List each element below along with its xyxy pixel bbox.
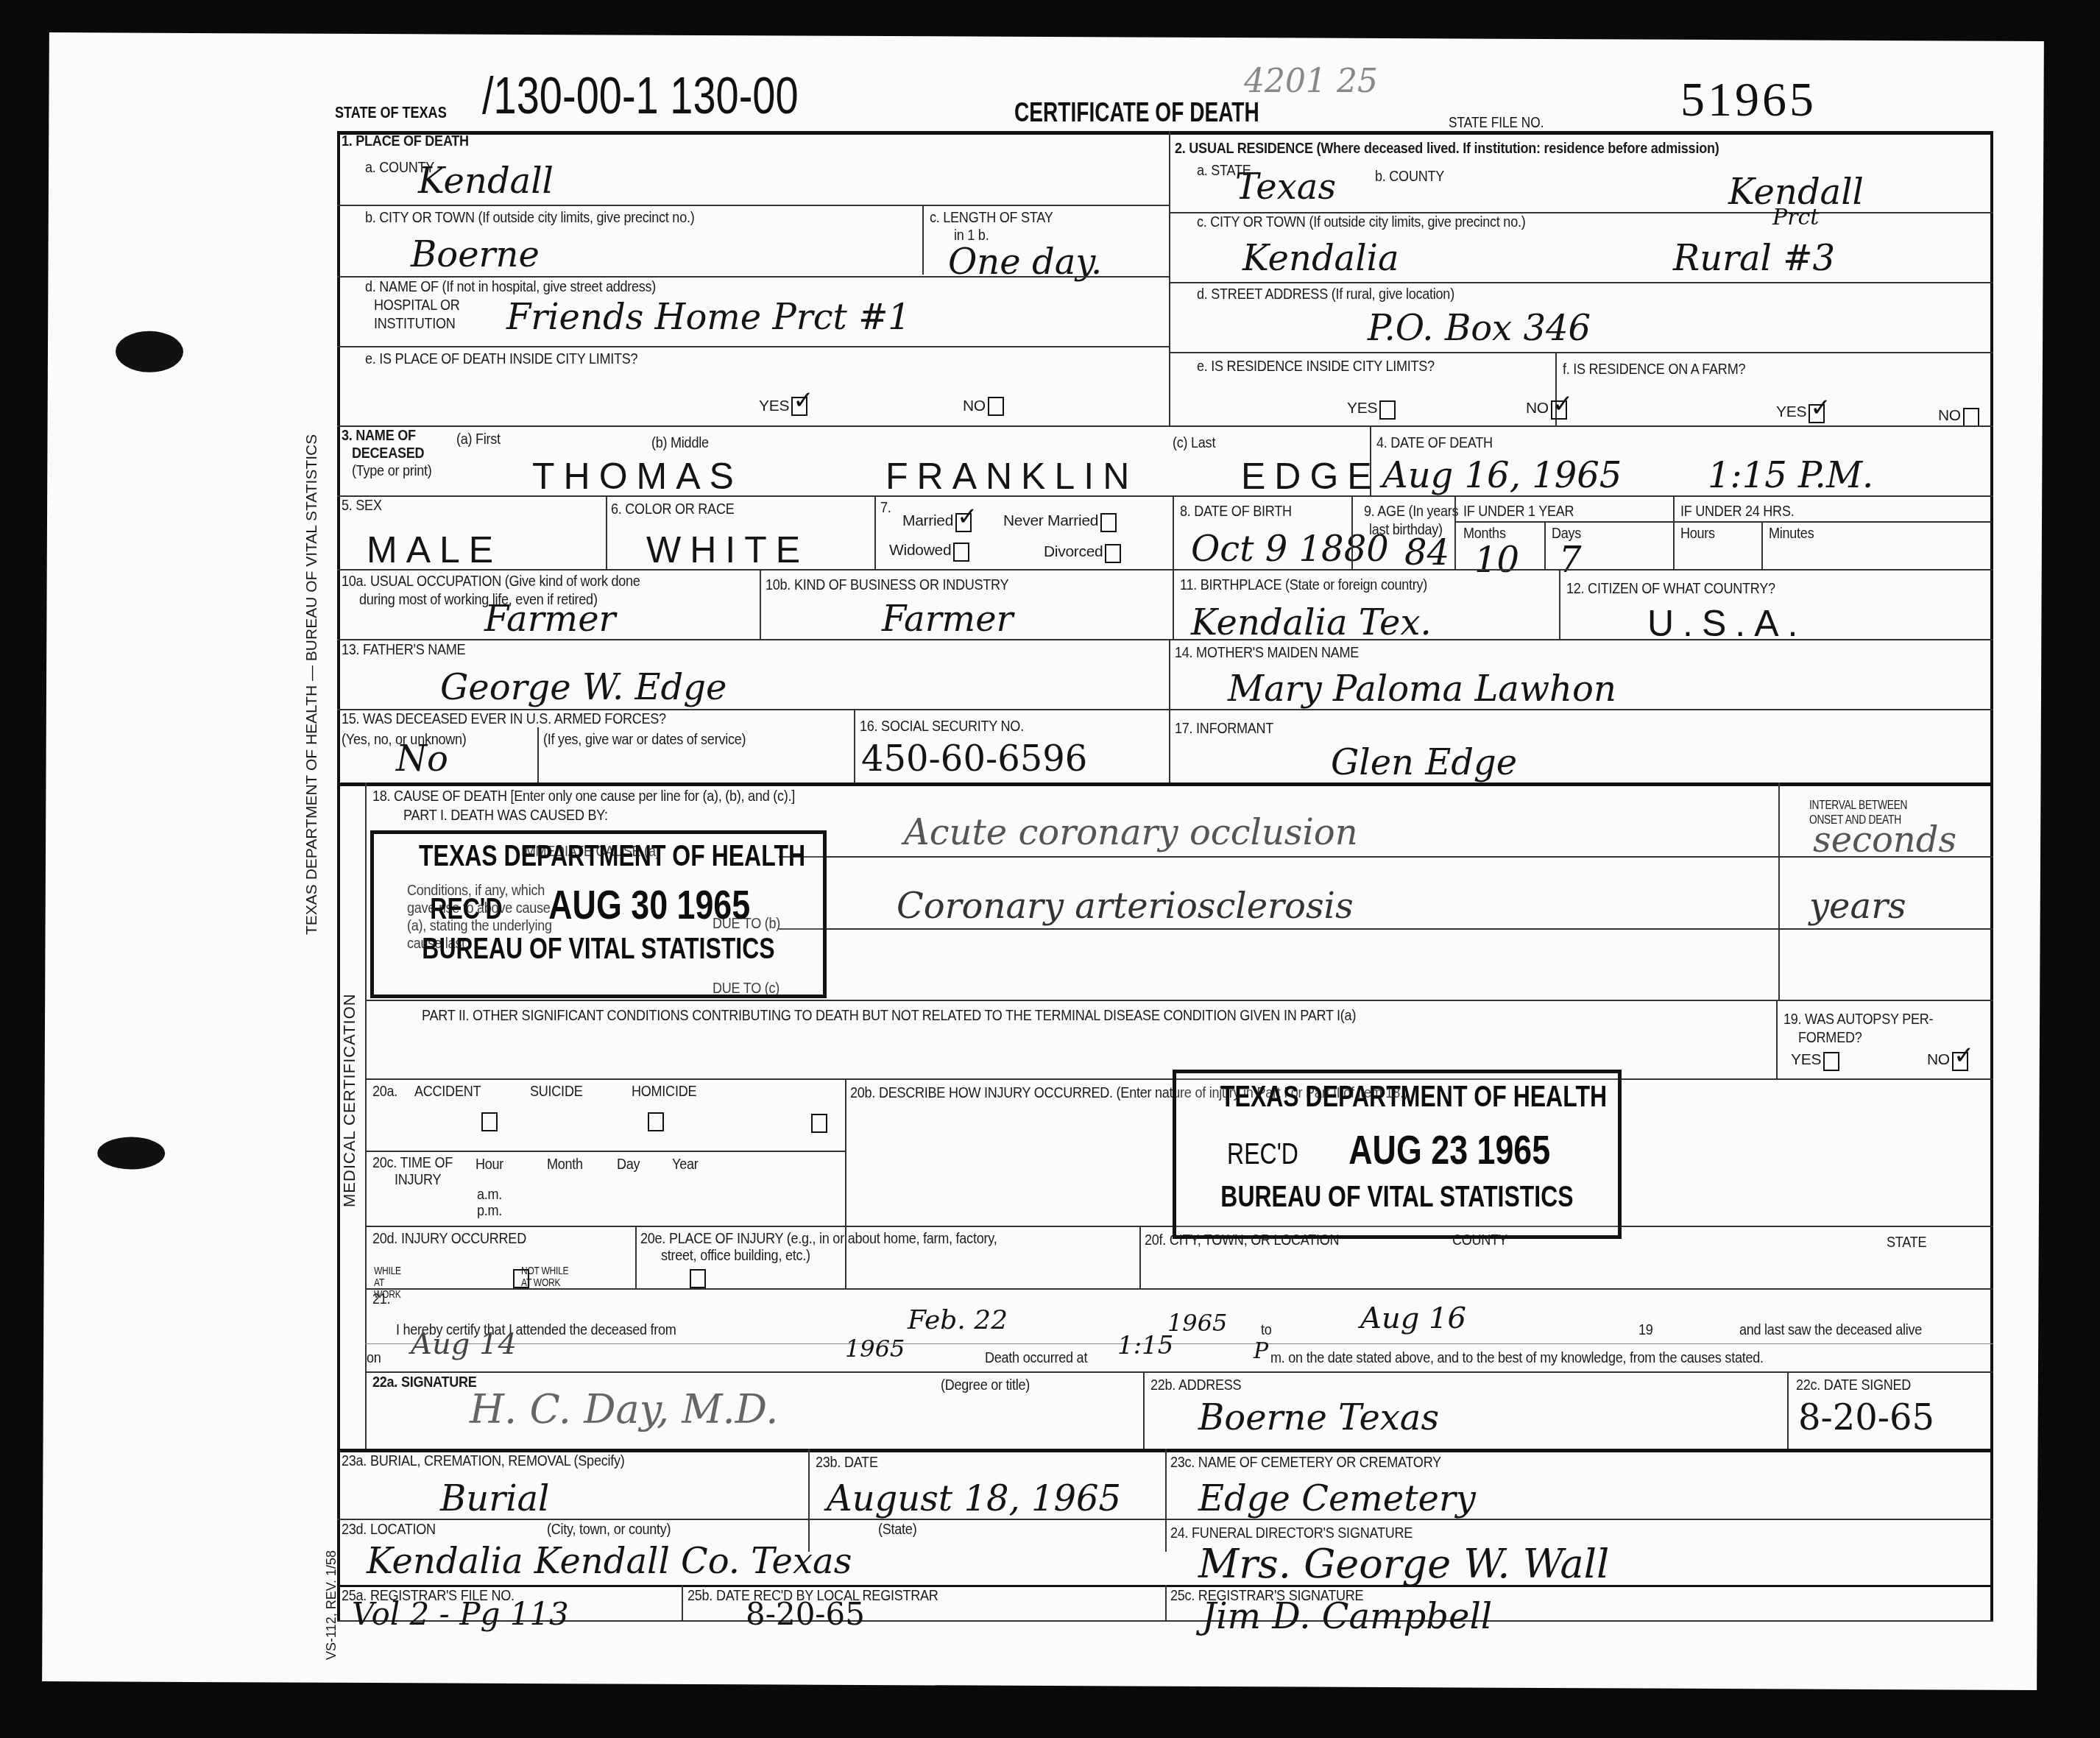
birthplace-label: 11. BIRTHPLACE (State or foreign country… xyxy=(1180,576,1427,594)
res-farm-label: f. IS RESIDENCE ON A FARM? xyxy=(1563,361,1745,378)
date-signed-label: 22c. DATE SIGNED xyxy=(1796,1377,1911,1394)
rule xyxy=(1370,425,1371,495)
divorced-label: Divorced xyxy=(1044,543,1103,560)
never-married-label: Never Married xyxy=(1003,512,1098,529)
res-street-value: P.O. Box 346 xyxy=(1368,308,1591,349)
last-saw-text: and last saw the deceased alive xyxy=(1739,1321,1922,1339)
death-occurred-label: Death occurred at xyxy=(985,1349,1087,1367)
top-rule xyxy=(337,131,1993,135)
age-label: 9. AGE (In years xyxy=(1364,503,1458,520)
time-of-injury-label-2: INJURY xyxy=(395,1171,441,1189)
received-stamp-aug-30: TEXAS DEPARTMENT OF HEALTH REC'D AUG 30 … xyxy=(370,830,827,998)
injury-state-label: STATE xyxy=(1887,1234,1926,1251)
autopsy-no[interactable]: NO xyxy=(1927,1051,1968,1071)
not-while-at-work-label: NOT WHILE AT WORK xyxy=(521,1265,578,1288)
rule xyxy=(365,1151,845,1152)
rule xyxy=(1165,1449,1167,1552)
yes-label: YES xyxy=(1776,403,1806,420)
rule xyxy=(682,1585,683,1622)
place-of-injury-label: 20e. PLACE OF INJURY (e.g., in or about … xyxy=(640,1230,997,1248)
first-name-value: THOMAS xyxy=(532,455,743,498)
stamp-recd: REC'D xyxy=(1227,1138,1298,1171)
res-farm-yes[interactable]: YES xyxy=(1776,403,1825,423)
rule xyxy=(337,495,1993,497)
rule xyxy=(1761,521,1763,569)
rule xyxy=(337,425,1993,427)
armed-forces-value: No xyxy=(396,738,448,780)
mother-label: 14. MOTHER'S MAIDEN NAME xyxy=(1175,644,1359,662)
dob-value: Oct 9 1880 xyxy=(1191,529,1389,570)
ssn-label: 16. SOCIAL SECURITY NO. xyxy=(860,718,1024,735)
res-city-value: Kendalia xyxy=(1242,238,1399,279)
res-inside-limits-label: e. IS RESIDENCE INSIDE CITY LIMITS? xyxy=(1197,358,1435,375)
cause-a-value: Acute coronary occlusion xyxy=(904,812,1358,853)
checkbox[interactable] xyxy=(1100,513,1117,532)
checkbox[interactable] xyxy=(1379,400,1396,420)
rule xyxy=(1787,1371,1789,1449)
residence-heading: 2. USUAL RESIDENCE (Where deceased lived… xyxy=(1175,140,1719,158)
checkbox-checked[interactable] xyxy=(1809,404,1825,423)
rule xyxy=(779,928,1993,930)
occupation-value: Farmer xyxy=(484,598,615,640)
armed-sub-2: (If yes, give war or dates of service) xyxy=(543,731,746,749)
cemetery-label: 23c. NAME OF CEMETERY OR CREMATORY xyxy=(1170,1454,1441,1472)
year-label: Year xyxy=(672,1156,698,1173)
divorced-option[interactable]: Divorced xyxy=(1044,543,1121,563)
rule xyxy=(337,346,1169,347)
rule xyxy=(1454,495,1456,569)
place-of-injury-label-2: street, office building, etc.) xyxy=(661,1247,810,1265)
location-label: 23d. LOCATION xyxy=(342,1521,436,1539)
registrar-file-value: Vol 2 - Pg 113 xyxy=(352,1596,569,1632)
checkbox-checked[interactable] xyxy=(1551,400,1567,420)
res-precinct-note: Prct xyxy=(1772,205,1819,230)
rule xyxy=(337,639,1993,640)
handwritten-code: /130-00-1 130-00 xyxy=(482,66,799,125)
homicide-label: HOMICIDE xyxy=(632,1083,696,1101)
pod-county-value: Kendall xyxy=(418,160,554,202)
pod-city-label: b. CITY OR TOWN (If outside city limits,… xyxy=(365,209,694,227)
time-of-injury-label: 20c. TIME OF xyxy=(372,1154,453,1172)
registrar-date-value: 8-20-65 xyxy=(746,1596,865,1632)
stamp-department: TEXAS DEPARTMENT OF HEALTH xyxy=(419,840,778,873)
res-city-label: c. CITY OR TOWN (If outside city limits,… xyxy=(1197,213,1525,231)
accident-checkbox[interactable] xyxy=(481,1112,498,1131)
armed-forces-label: 15. WAS DECEASED EVER IN U.S. ARMED FORC… xyxy=(342,710,666,728)
first-name-label: (a) First xyxy=(456,431,501,448)
punch-hole-bottom xyxy=(97,1137,165,1169)
rule xyxy=(1673,495,1675,569)
autopsy-label: 19. WAS AUTOPSY PER- xyxy=(1783,1011,1933,1028)
rule xyxy=(635,1226,637,1288)
res-street-label: d. STREET ADDRESS (If rural, give locati… xyxy=(1197,286,1454,303)
date-of-death-label: 4. DATE OF DEATH xyxy=(1376,434,1493,452)
autopsy-yes[interactable]: YES xyxy=(1791,1051,1839,1071)
state-file-label: STATE FILE NO. xyxy=(1449,114,1544,132)
no-label: NO xyxy=(1526,400,1549,417)
accident-label: ACCIDENT xyxy=(414,1083,481,1101)
married-label: Married xyxy=(902,512,953,529)
pod-inside-limits-label: e. IS PLACE OF DEATH INSIDE CITY LIMITS? xyxy=(365,350,637,368)
hours-label: Hours xyxy=(1680,525,1715,543)
race-label: 6. COLOR OR RACE xyxy=(611,501,734,518)
received-stamp-aug-23: TEXAS DEPARTMENT OF HEALTH REC'D AUG 23 … xyxy=(1173,1070,1622,1239)
registrar-signature: Jim D. Campbell xyxy=(1202,1596,1492,1637)
address-label: 22b. ADDRESS xyxy=(1150,1377,1241,1394)
birthplace-value: Kendalia Tex. xyxy=(1191,602,1432,643)
rule xyxy=(1776,1000,1778,1078)
checkbox-checked[interactable] xyxy=(955,513,972,532)
on-label: on xyxy=(367,1349,381,1367)
rule xyxy=(337,276,1169,278)
occupation-label: 10a. USUAL OCCUPATION (Give kind of work… xyxy=(342,573,640,590)
cause-heading: 18. CAUSE OF DEATH [Enter only one cause… xyxy=(372,788,795,805)
stamp-bureau: BUREAU OF VITAL STATISTICS xyxy=(419,933,778,966)
rule xyxy=(1169,639,1170,783)
minutes-label: Minutes xyxy=(1769,525,1814,543)
hour-label: Hour xyxy=(475,1156,503,1173)
father-value: George W. Edge xyxy=(440,667,726,708)
checkbox[interactable] xyxy=(953,543,969,562)
no-label: NO xyxy=(1938,407,1961,424)
state-of-texas-label: STATE OF TEXAS xyxy=(335,103,447,122)
middle-name-value: FRANKLIN xyxy=(885,455,1138,498)
interval-a-value: seconds xyxy=(1813,819,1956,861)
res-county-label: b. COUNTY xyxy=(1375,168,1444,186)
industry-value: Farmer xyxy=(882,598,1013,640)
stamp-bureau: BUREAU OF VITAL STATISTICS xyxy=(1220,1181,1574,1214)
rule xyxy=(808,1449,810,1552)
days-value: 7 xyxy=(1559,540,1582,581)
stamp-date: AUG 23 1965 xyxy=(1349,1126,1551,1173)
sex-value: MALE xyxy=(367,529,502,571)
mother-value: Mary Paloma Lawhon xyxy=(1228,668,1616,710)
checkbox[interactable] xyxy=(988,397,1004,416)
signature-label: 22a. SIGNATURE xyxy=(372,1374,477,1391)
not-while-at-work-checkbox[interactable] xyxy=(690,1269,706,1288)
res-inside-yes[interactable]: YES xyxy=(1347,400,1396,420)
never-married-option[interactable]: Never Married xyxy=(1003,512,1117,532)
race-value: WHITE xyxy=(646,529,809,571)
location-sub-2: (State) xyxy=(878,1521,916,1539)
ssn-value: 450-60-6596 xyxy=(861,738,1087,780)
funeral-director-label: 24. FUNERAL DIRECTOR'S SIGNATURE xyxy=(1170,1525,1413,1542)
suicide-label: SUICIDE xyxy=(530,1083,582,1101)
checkbox-checked[interactable] xyxy=(1952,1052,1968,1071)
no-label: NO xyxy=(963,398,986,414)
pm-label: p.m. xyxy=(477,1202,502,1220)
pod-stay-label: c. LENGTH OF STAY xyxy=(930,209,1053,227)
yes-label: YES xyxy=(1347,400,1377,417)
under-year-label: IF UNDER 1 YEAR xyxy=(1463,503,1574,520)
rule xyxy=(874,495,876,569)
physician-signature: H. C. Day, M.D. xyxy=(470,1386,778,1433)
state-file-number: 51965 xyxy=(1680,72,1817,128)
attended-from-value: Feb. 22 xyxy=(908,1305,1008,1335)
checkbox[interactable] xyxy=(1963,408,1979,427)
month-label: Month xyxy=(547,1156,583,1173)
am-pm-value: P xyxy=(1254,1338,1268,1364)
res-precinct-value: Rural #3 xyxy=(1673,238,1835,279)
pod-hospital-label: d. NAME OF (If not in hospital, give str… xyxy=(365,278,656,296)
stamp-recd: REC'D xyxy=(431,893,503,926)
part2-label: PART II. OTHER SIGNIFICANT CONDITIONS CO… xyxy=(422,1007,1356,1025)
injury-type-label: 20a. xyxy=(372,1083,397,1101)
pod-hospital-value: Friends Home Prct #1 xyxy=(506,297,911,338)
rule xyxy=(337,1519,1993,1520)
citizen-label: 12. CITIZEN OF WHAT COUNTRY? xyxy=(1566,580,1775,598)
rule xyxy=(1351,495,1353,569)
widowed-option[interactable]: Widowed xyxy=(889,542,969,562)
side-department-label: TEXAS DEPARTMENT OF HEALTH — BUREAU OF V… xyxy=(303,434,321,935)
last-name-label: (c) Last xyxy=(1173,434,1215,452)
pod-inside-limits-no[interactable]: NO xyxy=(963,396,1004,416)
rule xyxy=(845,1078,846,1288)
middle-name-label: (b) Middle xyxy=(651,434,709,452)
burial-date-value: August 18, 1965 xyxy=(827,1478,1121,1519)
rule xyxy=(1454,521,1992,523)
rule xyxy=(365,1343,1993,1344)
last-seen-year: 1965 xyxy=(845,1335,905,1363)
place-of-death-heading: 1. PLACE OF DEATH xyxy=(342,133,469,150)
checkbox[interactable] xyxy=(1823,1052,1839,1071)
rule xyxy=(1165,1585,1167,1622)
rule xyxy=(1778,783,1780,1000)
location-value: Kendalia Kendall Co. Texas xyxy=(367,1541,852,1582)
rule xyxy=(922,205,924,275)
to-label: to xyxy=(1261,1321,1272,1339)
am-label: a.m. xyxy=(477,1186,502,1204)
autopsy-label-2: FORMED? xyxy=(1798,1029,1862,1047)
degree-label: (Degree or title) xyxy=(941,1377,1030,1394)
injury-occurred-label: 20d. INJURY OCCURRED xyxy=(372,1230,526,1248)
stamp-date: AUG 30 1965 xyxy=(548,880,750,928)
informant-label: 17. INFORMANT xyxy=(1175,720,1273,738)
burial-date-label: 23b. DATE xyxy=(816,1454,878,1472)
certification-text-3: m. on the date stated above, and to the … xyxy=(1270,1349,1764,1367)
day-label: Day xyxy=(617,1156,640,1173)
right-rule xyxy=(1990,131,1993,1622)
attended-from-year: 1965 xyxy=(1167,1309,1227,1337)
part1-label: PART I. DEATH WAS CAUSED BY: xyxy=(403,807,608,824)
months-value: 10 xyxy=(1474,540,1519,581)
pod-hospital-label-2: HOSPITAL OR xyxy=(374,297,460,314)
rule xyxy=(606,495,607,569)
date-of-death-value: Aug 16, 1965 xyxy=(1382,455,1622,496)
address-value: Boerne Texas xyxy=(1198,1397,1439,1438)
checkbox-checked[interactable] xyxy=(791,397,807,416)
rule xyxy=(365,1000,1993,1001)
rule xyxy=(537,727,539,783)
under-day-label: IF UNDER 24 HRS. xyxy=(1680,503,1794,520)
time-of-death-value: 1:15 P.M. xyxy=(1708,455,1873,496)
father-label: 13. FATHER'S NAME xyxy=(342,641,465,659)
res-inside-no[interactable]: NO xyxy=(1526,400,1567,420)
cemetery-value: Edge Cemetery xyxy=(1198,1478,1476,1519)
rule xyxy=(1143,1371,1145,1449)
left-rule xyxy=(337,131,340,1622)
age-value: 84 xyxy=(1404,532,1449,573)
margin-note: 4201 25 xyxy=(1244,63,1378,100)
yes-label: YES xyxy=(1791,1051,1821,1068)
yes-label: YES xyxy=(759,398,789,414)
last-name-value: EDGE xyxy=(1241,455,1381,498)
res-state-value: Texas xyxy=(1235,166,1336,208)
pod-hospital-label-3: INSTITUTION xyxy=(374,315,456,333)
name-label-3: (Type or print) xyxy=(352,462,432,480)
stamp-department: TEXAS DEPARTMENT OF HEALTH xyxy=(1220,1081,1574,1114)
pod-inside-limits-yes[interactable]: YES xyxy=(759,396,807,416)
rule xyxy=(365,1371,1993,1373)
last-seen-value: Aug 14 xyxy=(411,1327,517,1361)
checkbox[interactable] xyxy=(1105,544,1121,563)
rule xyxy=(365,1288,1993,1290)
sex-label: 5. SEX xyxy=(342,497,382,515)
rule xyxy=(1544,521,1546,569)
funeral-director-signature: Mrs. George W. Wall xyxy=(1198,1541,1609,1587)
rule xyxy=(1169,282,1993,283)
date-signed-value: 8-20-65 xyxy=(1798,1397,1934,1438)
certification-num: 21. xyxy=(372,1290,390,1308)
location-sub-1: (City, town, or county) xyxy=(547,1521,671,1539)
rule xyxy=(854,709,855,783)
interval-label: INTERVAL BETWEEN xyxy=(1809,799,1907,813)
suicide-checkbox[interactable] xyxy=(648,1112,664,1131)
rule xyxy=(1559,569,1560,639)
rule xyxy=(337,205,1169,206)
rule xyxy=(1139,1226,1141,1288)
rule xyxy=(337,569,1993,570)
industry-label: 10b. KIND OF BUSINESS OR INDUSTRY xyxy=(766,576,1008,594)
certificate-title: CERTIFICATE OF DEATH xyxy=(1014,97,1259,128)
burial-type-value: Burial xyxy=(440,1478,549,1519)
married-option[interactable]: Married xyxy=(902,512,972,532)
homicide-checkbox[interactable] xyxy=(811,1114,827,1133)
informant-value: Glen Edge xyxy=(1331,742,1517,783)
widowed-label: Widowed xyxy=(889,542,951,559)
pod-city-value: Boerne xyxy=(411,234,540,275)
rule xyxy=(337,783,1993,786)
res-farm-no[interactable]: NO xyxy=(1938,407,1979,427)
cause-b-value: Coronary arteriosclerosis xyxy=(897,886,1354,927)
rule xyxy=(1169,352,1993,353)
col-divider-top xyxy=(1169,131,1170,425)
death-time-value: 1:15 xyxy=(1117,1331,1173,1360)
attended-to-value: Aug 16 xyxy=(1360,1301,1466,1335)
burial-type-label: 23a. BURIAL, CREMATION, REMOVAL (Specify… xyxy=(342,1452,625,1470)
interval-b-value: years xyxy=(1809,886,1906,927)
name-label-2: DECEASED xyxy=(352,445,424,462)
name-label: 3. NAME OF xyxy=(342,427,416,445)
no-label: NO xyxy=(1927,1051,1950,1068)
rule xyxy=(760,569,761,639)
rule xyxy=(779,856,1993,858)
punch-hole-top xyxy=(116,331,183,372)
marital-label: 7. xyxy=(880,499,891,517)
year-prefix: 19 xyxy=(1638,1321,1653,1339)
rule xyxy=(1173,495,1174,639)
dob-label: 8. DATE OF BIRTH xyxy=(1180,503,1292,520)
